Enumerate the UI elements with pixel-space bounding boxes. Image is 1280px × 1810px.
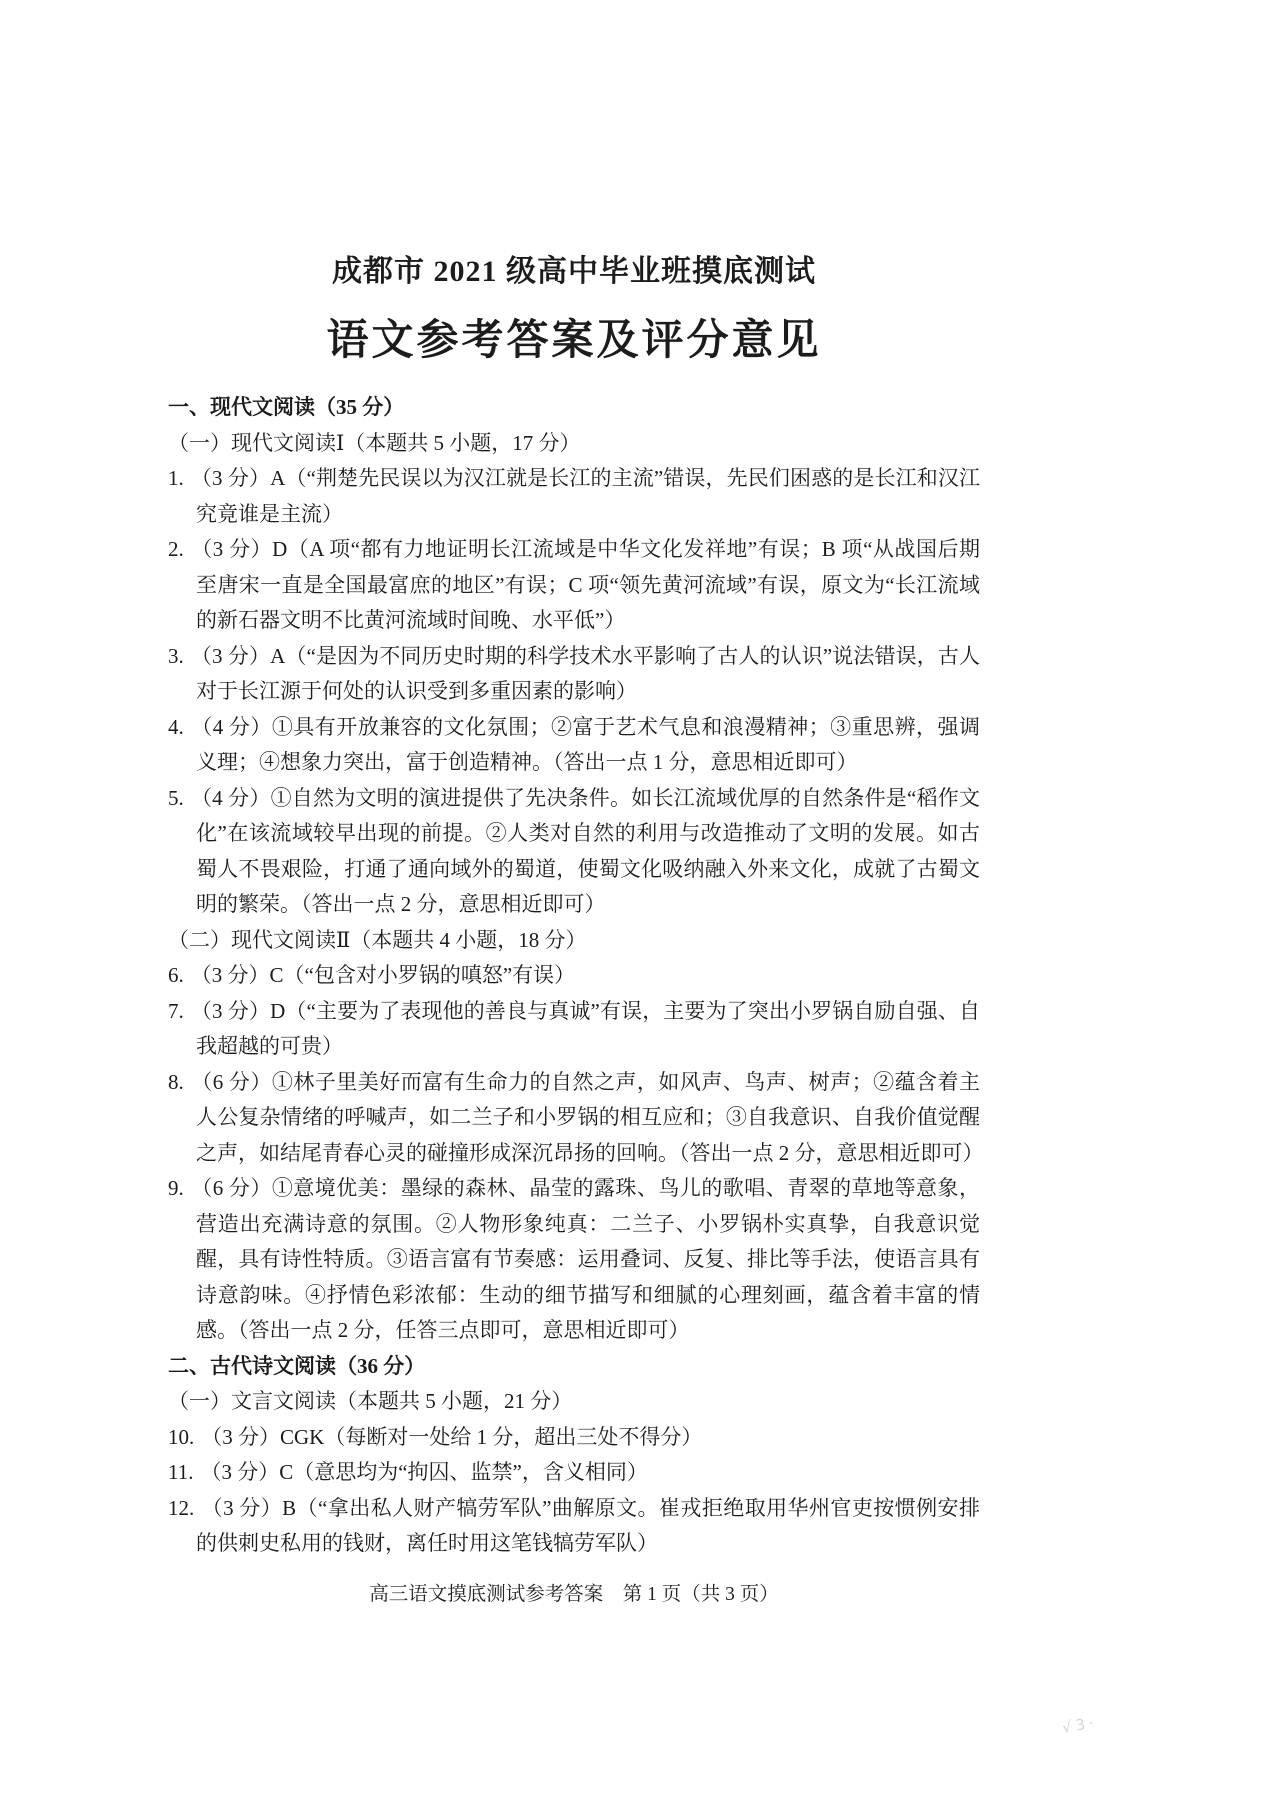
item-number: 3.	[168, 644, 184, 668]
item-number: 4.	[168, 715, 184, 739]
answer-item: 5.（4 分）①自然为文明的演进提供了先决条件。如长江流域优厚的自然条件是“稻作…	[168, 781, 980, 923]
item-text: （3 分）C（“包含对小罗锅的嗔怒”有误）	[191, 963, 575, 987]
item-text: （6 分）①林子里美好而富有生命力的自然之声，如风声、鸟声、树声；②蕴含着主人公…	[191, 1070, 984, 1165]
document-subtitle: 语文参考答案及评分意见	[168, 316, 980, 366]
item-number: 8.	[168, 1070, 184, 1094]
answer-item: 3.（3 分）A（“是因为不同历史时期的科学技术水平影响了古人的认识”说法错误，…	[168, 639, 980, 710]
document-title: 成都市 2021 级高中毕业班摸底测试	[168, 254, 980, 290]
item-number: 11.	[168, 1460, 193, 1484]
answer-item: 9.（6 分）①意境优美：墨绿的森林、晶莹的露珠、鸟儿的歌唱、青翠的草地等意象，…	[168, 1171, 980, 1349]
item-text: （3 分）D（A 项“都有力地证明长江流域是中华文化发祥地”有误；B 项“从战国…	[191, 537, 980, 632]
document-page: 成都市 2021 级高中毕业班摸底测试 语文参考答案及评分意见 一、现代文阅读（…	[168, 0, 980, 1562]
answer-item: 2.（3 分）D（A 项“都有力地证明长江流域是中华文化发祥地”有误；B 项“从…	[168, 532, 980, 639]
answer-item: 11.（3 分）C（意思均为“拘囚、监禁”，含义相同）	[168, 1455, 980, 1491]
item-number: 2.	[168, 537, 184, 561]
answer-item: 12.（3 分）B（“拿出私人财产犒劳军队”曲解原文。崔戎拒绝取用华州官吏按惯例…	[168, 1491, 980, 1562]
subsection-heading: （一）现代文阅读Ⅰ（本题共 5 小题，17 分）	[168, 426, 980, 462]
answer-item: 7.（3 分）D（“主要为了表现他的善良与真诚”有误，主要为了突出小罗锅自励自强…	[168, 994, 980, 1065]
answer-item: 4.（4 分）①具有开放兼容的文化氛围；②富于艺术气息和浪漫精神；③重思辨，强调…	[168, 710, 980, 781]
subsection-heading: （一）文言文阅读（本题共 5 小题，21 分）	[168, 1384, 980, 1420]
item-text: （3 分）D（“主要为了表现他的善良与真诚”有误，主要为了突出小罗锅自励自强、自…	[191, 999, 980, 1059]
answer-item: 6.（3 分）C（“包含对小罗锅的嗔怒”有误）	[168, 958, 980, 994]
item-number: 10.	[168, 1425, 194, 1449]
subsection-heading: （二）现代文阅读Ⅱ（本题共 4 小题，18 分）	[168, 923, 980, 959]
item-text: （3 分）C（意思均为“拘囚、监禁”，含义相同）	[200, 1460, 647, 1484]
answer-item: 1.（3 分）A（“荆楚先民误以为汉江就是长江的主流”错误，先民们困惑的是长江和…	[168, 461, 980, 532]
item-text: （6 分）①意境优美：墨绿的森林、晶莹的露珠、鸟儿的歌唱、青翠的草地等意象，营造…	[191, 1176, 980, 1342]
item-number: 9.	[168, 1176, 184, 1200]
item-text: （4 分）①具有开放兼容的文化氛围；②富于艺术气息和浪漫精神；③重思辨，强调义理…	[191, 715, 980, 775]
item-number: 12.	[168, 1496, 194, 1520]
page-footer: 高三语文摸底测试参考答案 第 1 页（共 3 页）	[168, 1578, 980, 1606]
scanned-answer-sheet-page: { "page": { "title_line1": "成都市 2021 级高中…	[0, 0, 1280, 1810]
answer-item: 10.（3 分）CGK（每断对一处给 1 分，超出三处不得分）	[168, 1420, 980, 1456]
item-number: 6.	[168, 963, 184, 987]
item-text: （4 分）①自然为文明的演进提供了先决条件。如长江流域优厚的自然条件是“稻作文化…	[191, 786, 980, 917]
answer-item: 8.（6 分）①林子里美好而富有生命力的自然之声，如风声、鸟声、树声；②蕴含着主…	[168, 1065, 980, 1172]
item-number: 7.	[168, 999, 184, 1023]
answer-content: 一、现代文阅读（35 分）（一）现代文阅读Ⅰ（本题共 5 小题，17 分）1.（…	[168, 390, 980, 1562]
item-text: （3 分）A（“是因为不同历史时期的科学技术水平影响了古人的认识”说法错误，古人…	[191, 644, 980, 704]
item-text: （3 分）A（“荆楚先民误以为汉江就是长江的主流”错误，先民们困惑的是长江和汉江…	[191, 466, 980, 526]
item-number: 5.	[168, 786, 184, 810]
item-text: （3 分）B（“拿出私人财产犒劳军队”曲解原文。崔戎拒绝取用华州官吏按惯例安排的…	[196, 1496, 980, 1556]
section-heading: 二、古代诗文阅读（36 分）	[168, 1349, 980, 1385]
section-heading: 一、现代文阅读（35 分）	[168, 390, 980, 426]
item-number: 1.	[168, 466, 184, 490]
handwritten-smudge: √3·	[1061, 1713, 1099, 1737]
item-text: （3 分）CGK（每断对一处给 1 分，超出三处不得分）	[201, 1425, 702, 1449]
